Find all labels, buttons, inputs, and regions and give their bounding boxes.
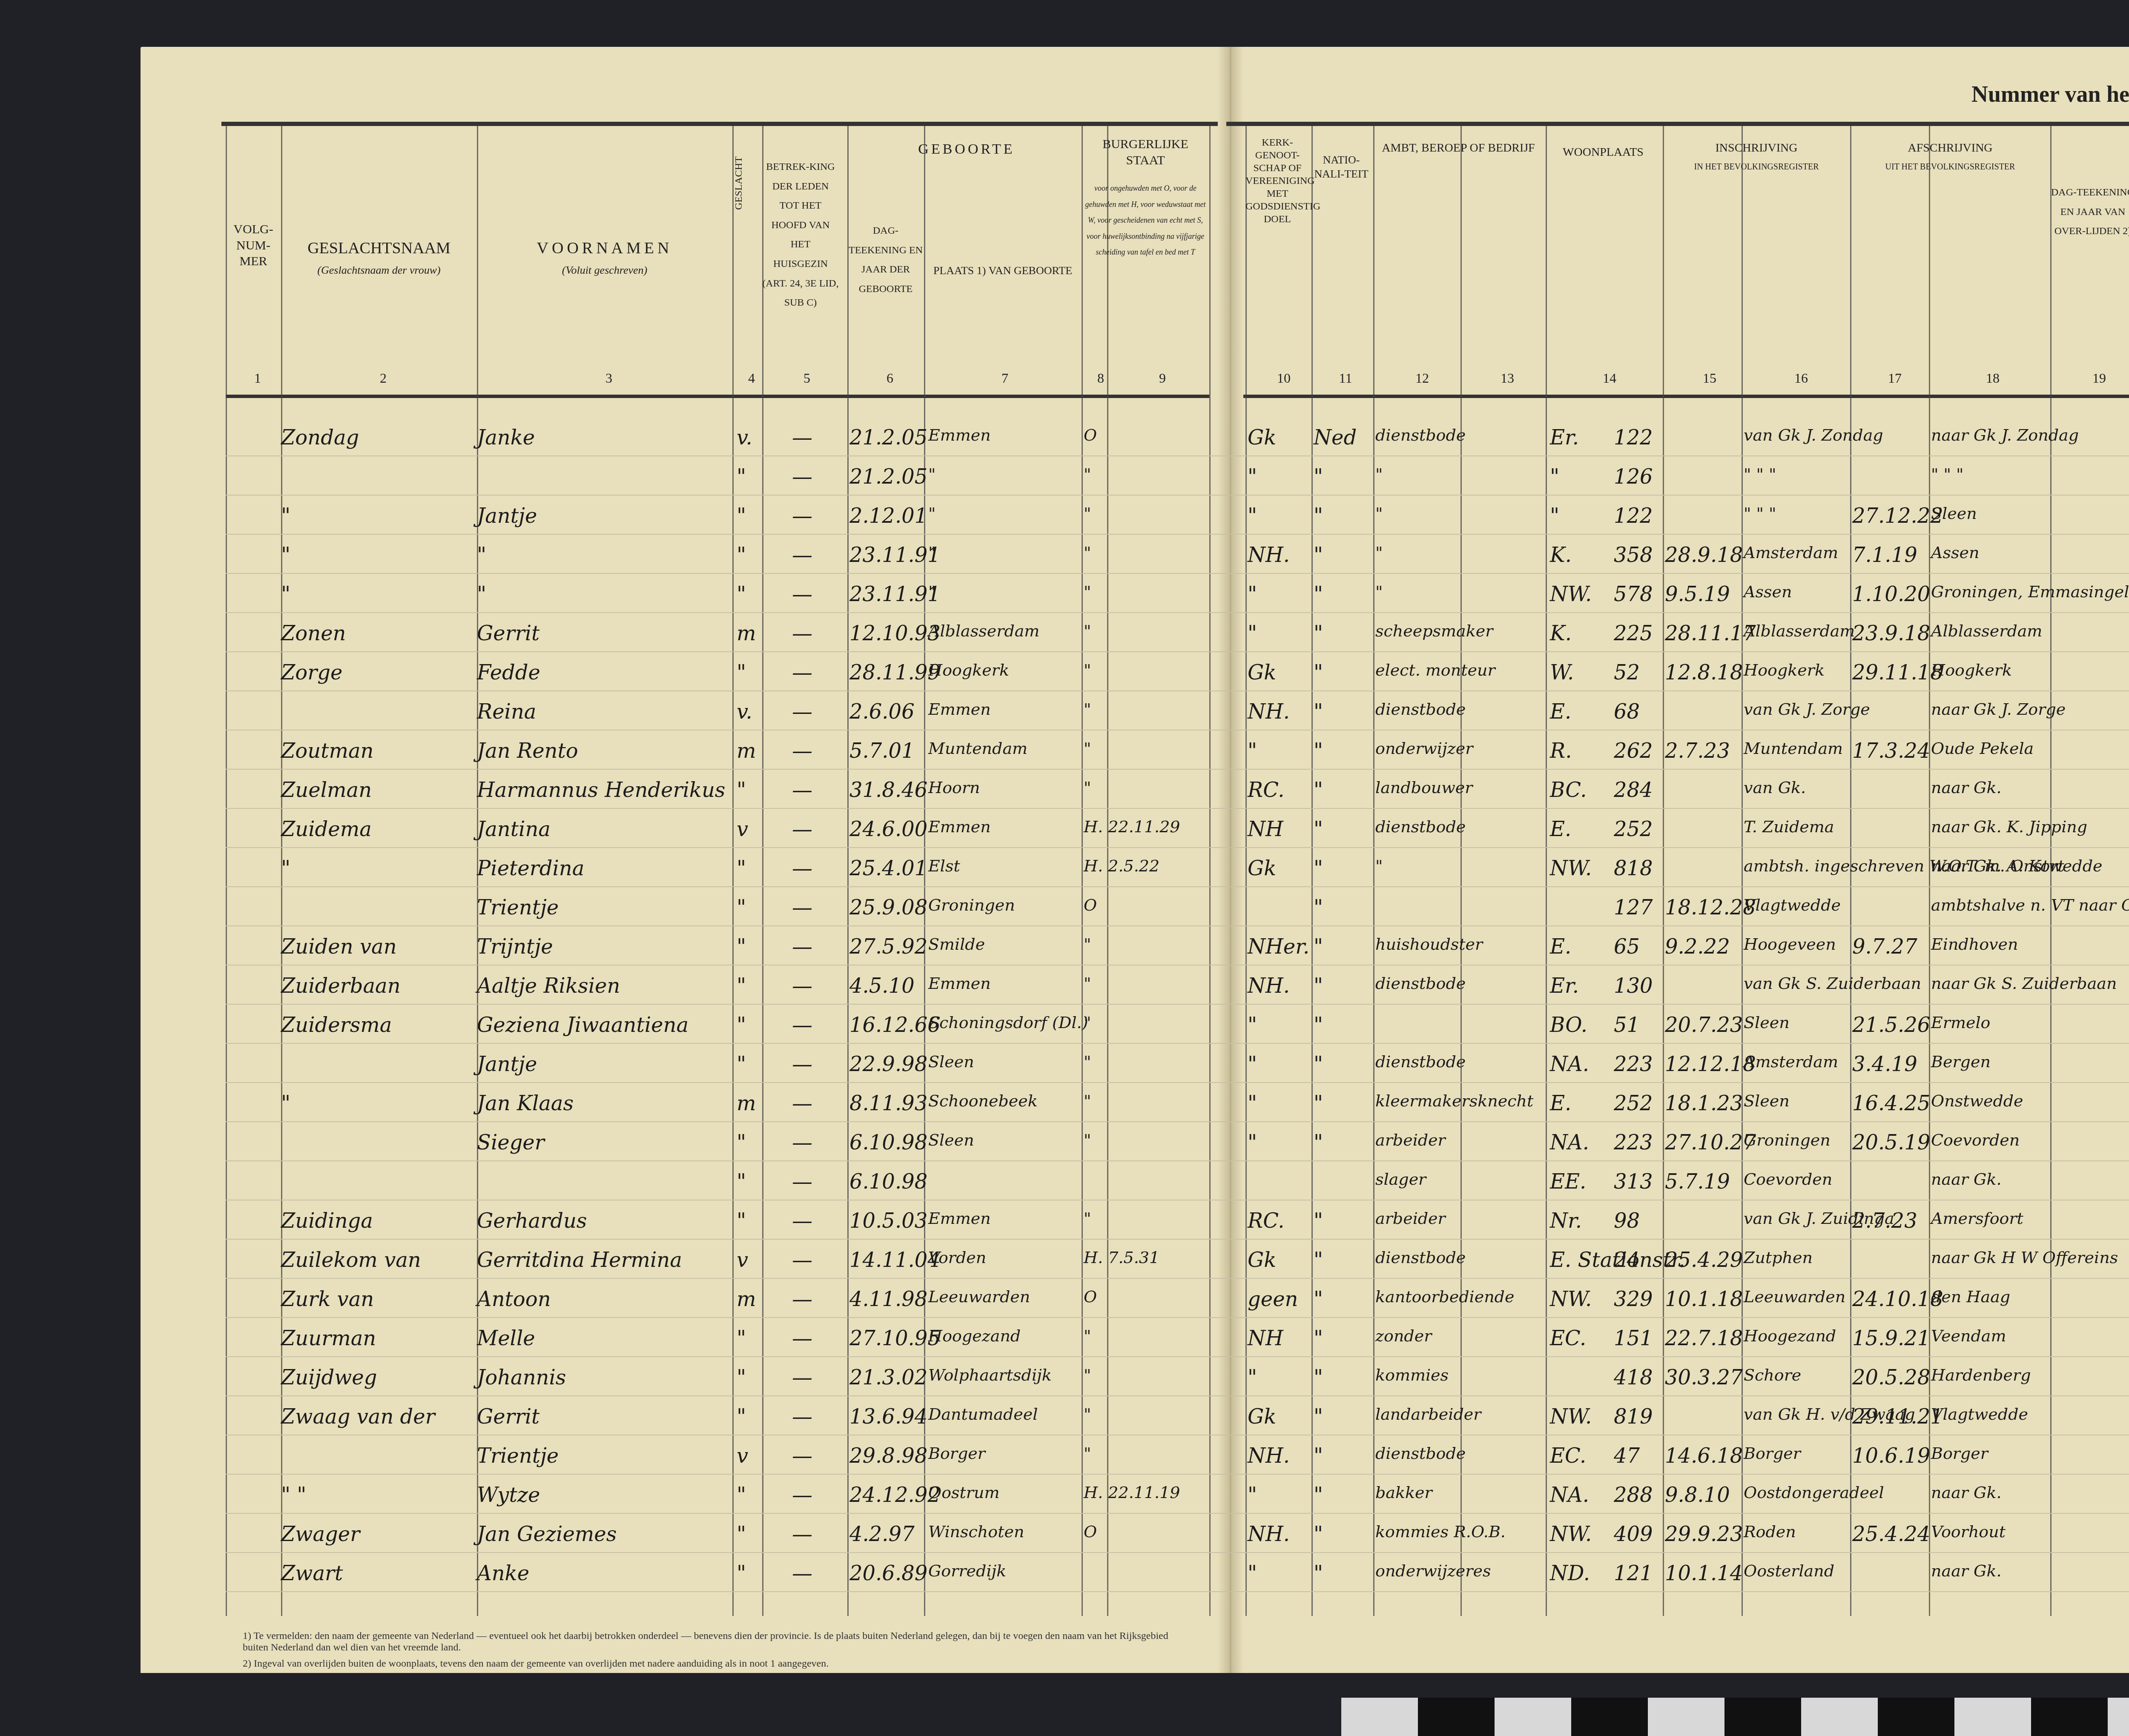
column-rule [1742,126,1743,1616]
column-number: 9 [1150,370,1175,386]
header-afschrijving: Afschrijving [1850,140,2050,155]
cell-ins_plaats: Hoogezand [1744,1326,1836,1345]
cell-geb: 21.3.02 [849,1366,927,1389]
cell-plaats: Emmen [928,974,991,993]
cell-ins_plaats: van Gk J. Zorge [1744,700,1870,719]
cell-geb: 8.11.93 [849,1091,927,1115]
cell-voornaam: Gerrit [477,1405,539,1429]
cell-ins_datum: 20.7.23 [1665,1013,1743,1037]
cell-ins_datum: 12.8.18 [1665,661,1743,685]
cell-kerk: RC. [1248,778,1284,802]
cell-naam: Zuiderbaan [281,974,401,998]
cell-wijk: Er. [1550,974,1579,998]
cell-nat: " [1314,1131,1323,1154]
cell-bs: H. 22.11.19 [1084,1483,1180,1502]
footnote-2: 2) Ingeval van overlijden buiten de woon… [243,1658,1179,1670]
cell-beroep: scheepsmaker [1375,622,1493,640]
header-rule-top-right [1226,122,2129,126]
cell-g: m [737,739,756,763]
cell-wijk: NW. [1550,582,1592,606]
cell-beroep: landarbeider [1375,1405,1481,1424]
cell-wijk: NA. [1550,1131,1589,1154]
header-voornamen: Voornamen [477,238,732,259]
cell-kerk: " [1248,1483,1257,1507]
cell-af_plaats: Onstwedde [1931,1091,2023,1110]
cell-bs: " [1084,622,1091,640]
row-rule [226,1121,2129,1122]
cell-af_datum: 16.4.25 [1852,1091,1930,1115]
cell-plaats: Wolphaartsdijk [928,1366,1052,1384]
cell-ins_datum: 29.9.23 [1665,1522,1743,1546]
cell-af_plaats: ambtshalve n. VT naar Onstwedde [1931,896,2129,914]
cell-bs: " [1084,700,1091,719]
column-rule [226,126,227,1616]
cell-bet: — [792,857,812,880]
cell-af_datum: 20.5.19 [1852,1131,1930,1154]
header-burgerlijke-staat: Burgerlijke staat [1082,136,1209,168]
header-kerkgenootschap: Kerk-genoot-schap of vereeniging met god… [1245,136,1309,226]
cell-geb: 16.12.66 [849,1013,941,1037]
cell-naam: " [281,857,290,880]
cell-geb: 23.11.91 [849,582,941,606]
cell-af_plaats: Sleen [1931,504,1977,523]
cell-nat: " [1314,1522,1323,1546]
cell-plaats: Schoonebeek [928,1091,1038,1110]
cell-wijk: Nr. [1550,1209,1582,1233]
cell-plaats: Oostrum [928,1483,999,1502]
cell-plaats: Sleen [928,1052,974,1071]
cell-g: m [737,1287,756,1311]
cell-naam: Zuidema [281,817,372,841]
cell-bs: O [1084,1287,1097,1306]
cell-nat: " [1314,1209,1323,1233]
cell-plaats: Schoningsdorf (Dl.) [928,1013,1088,1032]
cell-af_datum: 25.4.24 [1852,1522,1930,1546]
column-number: 3 [596,370,622,386]
cell-ins_datum: 30.3.27 [1665,1366,1743,1389]
cell-nat: " [1314,1248,1323,1272]
cell-g: v [737,1248,748,1272]
cell-geb: 27.5.92 [849,935,927,959]
header-woonplaats: Woonplaats [1546,145,1661,160]
cell-af_datum: 9.7.27 [1852,935,1917,959]
cell-naam: Zuilekom van [281,1248,421,1272]
cell-g: " [737,974,746,998]
cell-af_plaats: naar Gk. K. Jipping [1931,817,2087,836]
header-geslachtsnaam-sub: (Geslachtsnaam der vrouw) [317,264,440,276]
cell-af_datum: 15.9.21 [1852,1326,1930,1350]
cell-voornaam: Reina [477,700,536,724]
cell-kerk: " [1248,1561,1257,1585]
cell-af_datum: 29.11.21 [1852,1405,1943,1429]
cell-naam: " [281,504,290,528]
header-rule-top-left [221,122,1218,126]
column-number: 18 [1980,370,2006,386]
row-rule [226,1513,2129,1514]
cell-nr: 151 [1614,1326,1653,1350]
cell-af_plaats: naar Gk. [1931,1483,2002,1502]
cell-beroep: dienstbode [1375,700,1466,719]
cell-nr: 52 [1614,661,1640,685]
cell-wijk: E. [1550,700,1571,724]
cell-nr: 262 [1614,739,1653,763]
header-voornamen-sub: (Voluit geschreven) [562,264,647,276]
cell-nr: 122 [1614,426,1653,450]
cell-nr: 24 [1614,1248,1640,1272]
cell-nr: 819 [1614,1405,1653,1429]
cell-nr: 252 [1614,1091,1653,1115]
cell-wijk: EC. [1550,1444,1586,1468]
cell-geb: 29.8.98 [849,1444,927,1468]
cell-wijk: " [1550,465,1559,489]
cell-bet: — [792,1444,812,1468]
column-number: 19 [2086,370,2112,386]
cell-bs: " [1084,582,1091,601]
sheet-number-label: Nummer van het blad [1971,81,2129,107]
cell-af_plaats: den Haag [1931,1287,2010,1306]
cell-plaats: " [928,504,935,523]
row-rule [226,1239,2129,1240]
cell-g: " [737,465,746,489]
row-rule [226,612,2129,613]
cell-g: " [737,1561,746,1585]
cell-g: " [737,857,746,880]
cell-af_plaats: Amersfoort [1931,1209,2023,1228]
cell-kerk: " [1248,504,1257,528]
cell-af_plaats: Groningen, Emmasingel 18 [1931,582,2129,601]
row-rule [226,925,2129,926]
cell-af_plaats: " " " [1931,465,1964,484]
cell-bet: — [792,622,812,645]
cell-bet: — [792,426,812,450]
cell-plaats: Dantumadeel [928,1405,1038,1424]
cell-voornaam: Trientje [477,1444,559,1468]
cell-bet: — [792,1170,812,1194]
cell-ins_datum: 10.1.14 [1665,1561,1743,1585]
cell-bs: " [1084,1366,1091,1384]
cell-beroep: dienstbode [1375,1248,1466,1267]
cell-voornaam: Gerhardus [477,1209,587,1233]
cell-af_plaats: Veendam [1931,1326,2006,1345]
cell-ins_plaats: Hoogkerk [1744,661,1825,679]
cell-kerk: Gk [1248,426,1276,450]
column-number: 17 [1882,370,1908,386]
cell-g: " [737,661,746,685]
header-overlijden: Dag-teekening en jaar van over-lijden 2) [2050,183,2129,241]
cell-bet: — [792,1522,812,1546]
cell-plaats: Hoorn [928,778,980,797]
cell-beroep: onderwijzer [1375,739,1473,758]
row-rule [226,1474,2129,1475]
book-gutter [1218,47,1243,1673]
cell-beroep: huishoudster [1375,935,1483,954]
cell-ins_plaats: T. Zuidema [1744,817,1834,836]
cell-bet: — [792,1013,812,1037]
cell-beroep: kommies R.O.B. [1375,1522,1506,1541]
cell-nr: 223 [1614,1131,1653,1154]
cell-geb: 6.10.98 [849,1170,927,1194]
cell-nat: " [1314,739,1323,763]
cell-nr: 818 [1614,857,1653,880]
row-rule [226,1317,2129,1318]
column-number: 7 [992,370,1018,386]
cell-wijk: E. [1550,817,1571,841]
cell-naam: Zoutman [281,739,374,763]
cell-bet: — [792,1483,812,1507]
cell-nr: 68 [1614,700,1640,724]
cell-bs: " [1084,661,1091,679]
cell-bet: — [792,778,812,802]
cell-geb: 23.11.91 [849,543,941,567]
cell-plaats: Groningen [928,896,1015,914]
cell-bs: " [1084,465,1091,484]
cell-nr: 127 [1614,896,1653,920]
cell-nr: 578 [1614,582,1653,606]
cell-nr: 252 [1614,817,1653,841]
cell-plaats: Borger [928,1444,985,1463]
cell-geb: 14.11.04 [849,1248,941,1272]
cell-naam: Zonen [281,622,346,645]
cell-voornaam: Trijntje [477,935,553,959]
cell-nr: 358 [1614,543,1653,567]
cell-nr: 47 [1614,1444,1640,1468]
cell-bs: " [1084,504,1091,523]
cell-ins_plaats: Borger [1744,1444,1801,1463]
cell-geb: 2.6.06 [849,700,915,724]
cell-af_datum: 2.7.23 [1852,1209,1917,1233]
cell-bs: " [1084,1444,1091,1463]
column-number: 2 [370,370,396,386]
cell-naam: " [281,543,290,567]
cell-voornaam: Wytze [477,1483,540,1507]
cell-wijk: NW. [1550,1287,1592,1311]
cell-nat: " [1314,661,1323,685]
cell-bet: — [792,1287,812,1311]
cell-plaats: " [928,543,935,562]
cell-beroep: dienstbode [1375,1052,1466,1071]
cell-voornaam: Janke [477,426,535,450]
cell-nat: Ned [1314,426,1357,450]
row-rule [226,1200,2129,1200]
cell-af_plaats: naar Gk J. Zondag [1931,426,2079,444]
cell-geb: 6.10.98 [849,1131,927,1154]
cell-bet: — [792,1209,812,1233]
cell-bet: — [792,465,812,489]
cell-nat: " [1314,817,1323,841]
column-rule [1663,126,1664,1616]
column-rule [732,126,734,1616]
cell-voornaam: Jan Rento [477,739,578,763]
cell-beroep: kantoorbediende [1375,1287,1514,1306]
column-number: 6 [877,370,903,386]
cell-voornaam: Sieger [477,1131,545,1154]
cell-bs: " [1084,1326,1091,1345]
header-geboorte: Geboorte [847,140,1086,159]
row-rule [226,847,2129,848]
cell-af_plaats: Assen [1931,543,1979,562]
cell-ins_datum: 2.7.23 [1665,739,1730,763]
cell-bet: — [792,1366,812,1389]
cell-geb: 12.10.93 [849,622,941,645]
cell-plaats: Hoogezand [928,1326,1021,1345]
column-rule [1082,126,1083,1616]
cell-bet: — [792,817,812,841]
cell-geb: 25.4.01 [849,857,927,880]
cell-kerk: Gk [1248,1248,1276,1272]
cell-nat: " [1314,504,1323,528]
cell-af_datum: 20.5.28 [1852,1366,1930,1389]
row-rule [226,495,2129,496]
cell-ins_plaats: Zutphen [1744,1248,1813,1267]
cell-g: " [737,1052,746,1076]
cell-ins_datum: 14.6.18 [1665,1444,1743,1468]
column-number: 16 [1788,370,1814,386]
cell-bet: — [792,1326,812,1350]
cell-wijk: EE. [1550,1170,1586,1194]
cell-kerk: NH. [1248,543,1290,567]
cell-beroep: " [1375,465,1383,484]
cell-beroep: arbeider [1375,1131,1446,1149]
cell-g: " [737,543,746,567]
cell-af_plaats: Hoogkerk [1931,661,2012,679]
cell-g: " [737,1326,746,1350]
cell-voornaam: Anke [477,1561,529,1585]
cell-nat: " [1314,1483,1323,1507]
color-scale-bar [1341,1698,2129,1736]
cell-beroep: zonder [1375,1326,1432,1345]
cell-plaats: Emmen [928,817,991,836]
cell-nat: " [1314,1366,1323,1389]
cell-g: " [737,935,746,959]
cell-af_datum: 17.3.24 [1852,739,1930,763]
cell-plaats: Alblasserdam [928,622,1039,640]
cell-plaats: Emmen [928,700,991,719]
cell-wijk: NW. [1550,857,1592,880]
row-rule [226,1082,2129,1083]
cell-wijk: E. [1550,935,1571,959]
cell-ins_datum: 25.4.29 [1665,1248,1743,1272]
cell-af_plaats: naar Gk. A. Kort [1931,857,2064,875]
cell-voornaam: " [477,582,486,606]
cell-g: " [737,778,746,802]
column-number: 4 [739,370,764,386]
row-rule [226,690,2129,691]
cell-bs: " [1084,1405,1091,1424]
cell-nr: 122 [1614,504,1653,528]
cell-bet: — [792,935,812,959]
row-rule [226,1043,2129,1044]
cell-af_datum: 21.5.26 [1852,1013,1930,1037]
cell-af_plaats: Oude Pekela [1931,739,2034,758]
column-rule [1546,126,1547,1616]
cell-ins_plaats: Hoogeveen [1744,935,1836,954]
cell-ins_datum: 10.1.18 [1665,1287,1743,1311]
cell-ins_plaats: Amsterdam [1744,1052,1838,1071]
cell-kerk: Gk [1248,1405,1276,1429]
cell-nat: " [1314,1052,1323,1076]
cell-bet: — [792,543,812,567]
cell-wijk: ND. [1550,1561,1590,1585]
cell-bs: " [1084,1052,1091,1071]
cell-ins_datum: 12.12.18 [1665,1052,1756,1076]
cell-geb: 21.2.05 [849,426,927,450]
cell-nr: 329 [1614,1287,1653,1311]
cell-af_datum: 7.1.19 [1852,543,1917,567]
cell-naam: Zuiden van [281,935,397,959]
cell-ins_plaats: Muntendam [1744,739,1843,758]
cell-kerk: RC. [1248,1209,1284,1233]
column-rule [1245,126,1247,1616]
cell-beroep: " [1375,857,1383,875]
cell-ins_plaats: " " " [1744,465,1776,484]
cell-bet: — [792,1248,812,1272]
cell-ins_plaats: Assen [1744,582,1792,601]
cell-bet: — [792,504,812,528]
cell-nr: 223 [1614,1052,1653,1076]
cell-ins_datum: 18.12.28 [1665,896,1756,920]
cell-geb: 13.6.94 [849,1405,927,1429]
cell-voornaam: Gerritdina Hermina [477,1248,682,1272]
cell-nr: 225 [1614,622,1653,645]
cell-bs: " [1084,778,1091,797]
cell-kerk: " [1248,465,1257,489]
header-nationaliteit: Natio-nali-teit [1311,153,1371,181]
cell-wijk: E. [1550,1091,1571,1115]
header-afschrijving-sub: uit het bevolkingsregister [1850,162,2050,172]
cell-g: " [737,1209,746,1233]
cell-naam: Zurk van [281,1287,374,1311]
cell-nat: " [1314,700,1323,724]
cell-nat: " [1314,935,1323,959]
cell-naam: Zwager [281,1522,360,1546]
cell-nr: 98 [1614,1209,1640,1233]
cell-af_plaats: Hardenberg [1931,1366,2031,1384]
cell-nat: " [1314,582,1323,606]
cell-geb: 24.6.00 [849,817,927,841]
cell-af_plaats: Alblasserdam [1931,622,2042,640]
cell-kerk: Gk [1248,661,1276,685]
cell-naam: " [281,1091,290,1115]
cell-bs: H. 2.5.22 [1084,857,1159,875]
cell-geb: 5.7.01 [849,739,915,763]
cell-ins_plaats: Vlagtwedde [1744,896,1841,914]
column-number: 14 [1597,370,1622,386]
cell-nat: " [1314,778,1323,802]
cell-beroep: elect. monteur [1375,661,1495,679]
cell-beroep: bakker [1375,1483,1432,1502]
cell-wijk: R. [1550,739,1572,763]
header-burgerlijke-staat-sub: voor ongehuwden met O, voor de gehuwden … [1085,184,1206,256]
cell-kerk: NH. [1248,974,1290,998]
header-volgnummer: Volg- num- mer [226,221,281,269]
cell-g: " [737,1483,746,1507]
cell-kerk: NH. [1248,1522,1290,1546]
cell-nr: 409 [1614,1522,1653,1546]
row-rule [226,1160,2129,1161]
header-geslachtsnaam: Geslachtsnaam [281,238,477,259]
cell-voornaam: Fedde [477,661,540,685]
cell-beroep: " [1375,504,1383,523]
cell-naam: " " [281,1483,306,1507]
cell-bs: " [1084,1013,1091,1032]
column-rule [1460,126,1462,1616]
cell-ins_plaats: Groningen [1744,1131,1831,1149]
cell-bs: O [1084,896,1097,914]
cell-g: " [737,1131,746,1154]
cell-g: " [737,504,746,528]
cell-beroep: dienstbode [1375,426,1466,444]
cell-nat: " [1314,974,1323,998]
